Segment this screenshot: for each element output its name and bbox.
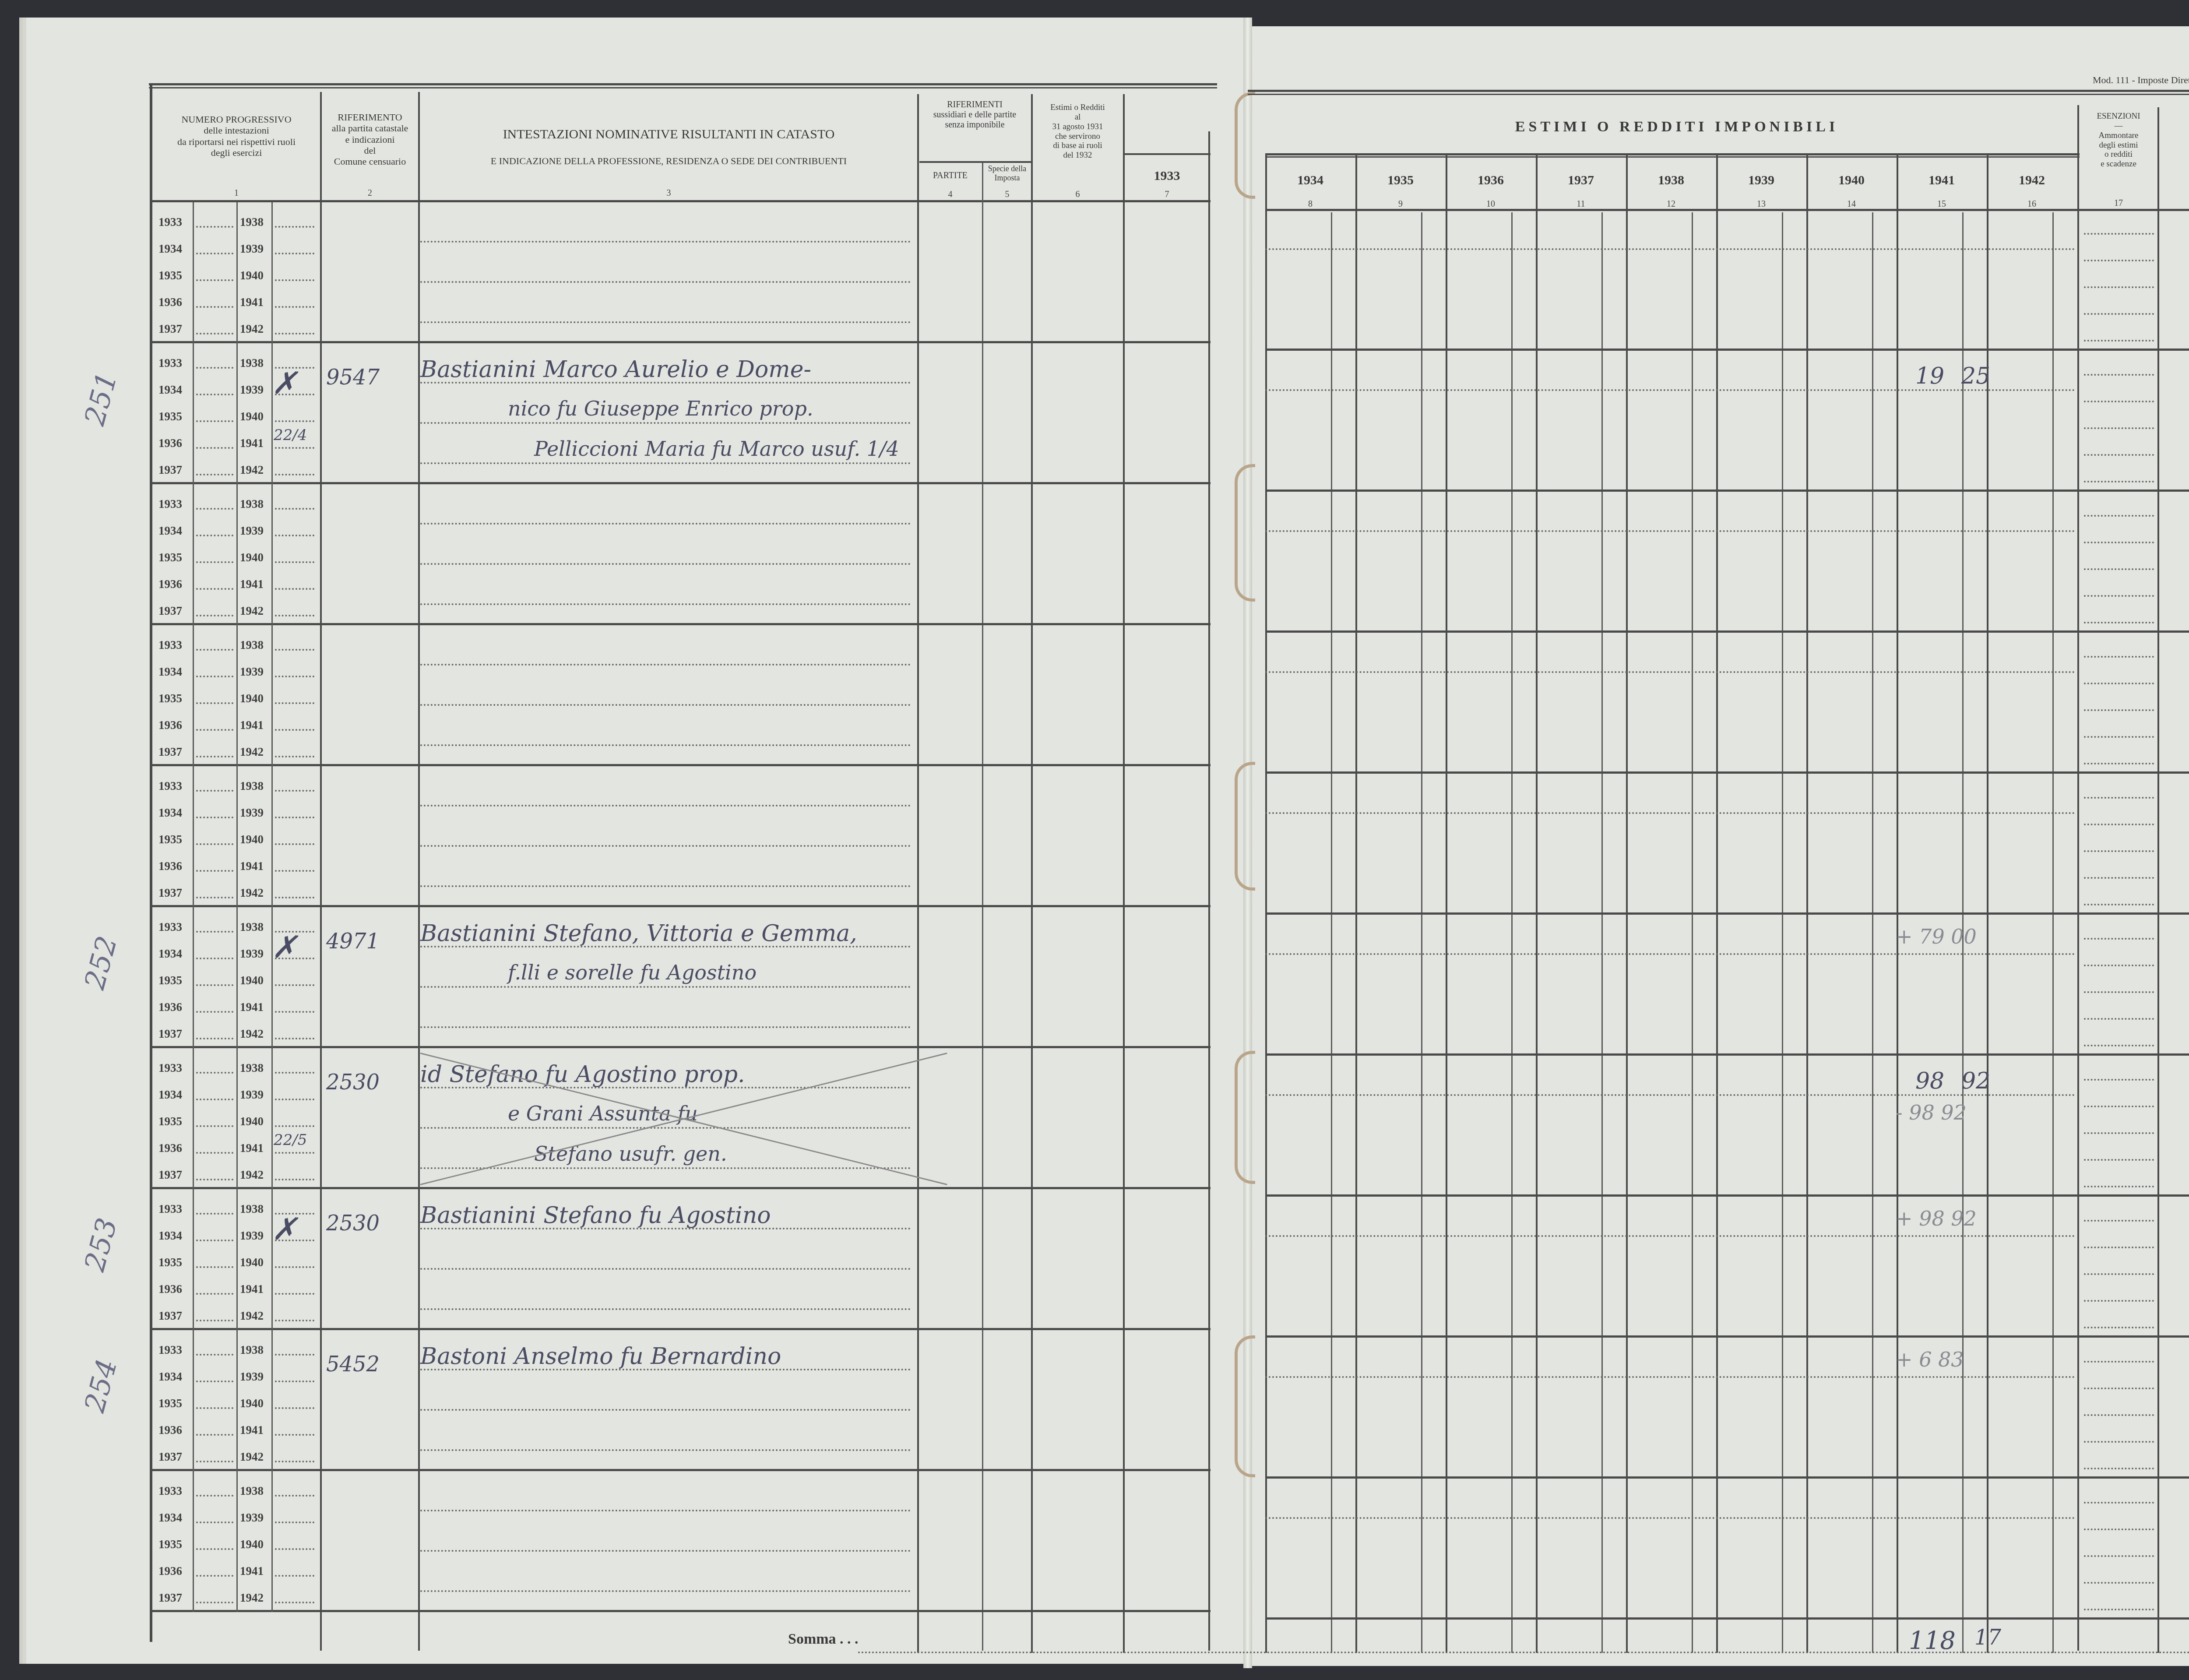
exemption-line (2084, 595, 2154, 597)
name-line[interactable] (420, 321, 911, 323)
blank-line (275, 649, 314, 651)
year-label: 1942 (240, 1027, 264, 1041)
exemption-line (2084, 1529, 2154, 1530)
blank-line (196, 306, 233, 308)
col-sep (917, 94, 919, 1653)
blank-line (275, 1461, 314, 1462)
year-label: 1942 (240, 322, 264, 336)
binding-stitch (1235, 1051, 1255, 1184)
partita-number: 9547 (326, 365, 380, 390)
exemption-line (2084, 1079, 2154, 1081)
blank-line (196, 1548, 233, 1550)
exemption-line (2084, 1388, 2154, 1389)
header-divider (1265, 153, 2080, 158)
year-label: 1933 (158, 497, 182, 511)
year-header-1934: 1934 (1265, 173, 1355, 188)
col-sep (236, 202, 238, 343)
block-divider (1265, 1476, 2189, 1479)
blank-line (196, 1213, 233, 1215)
exemption-line (2084, 1132, 2154, 1134)
col-sep (193, 907, 194, 1048)
exemption-line (2084, 374, 2154, 376)
exemption-line (2084, 965, 2154, 966)
year-label: 1938 (240, 1202, 264, 1216)
block-divider (1265, 630, 2189, 633)
year-label: 1937 (158, 1309, 182, 1323)
year-label: 1936 (158, 1000, 182, 1014)
name-line[interactable] (420, 986, 911, 988)
exemption-line (2084, 1327, 2154, 1328)
owner-name-line: Pelliccioni Maria fu Marco usuf. 1/4 (534, 437, 899, 461)
year-label: 1940 (240, 1397, 264, 1410)
year-label: 1934 (158, 1511, 182, 1525)
block-divider (1265, 912, 2189, 915)
col-number: 18 (2161, 199, 2189, 209)
header-col45: RIFERIMENTI sussidiari e delle partite s… (919, 100, 1031, 130)
year-label: 1937 (158, 322, 182, 336)
year-label: 1935 (158, 974, 182, 987)
year-label: 1933 (158, 1484, 182, 1498)
year-label: 1938 (240, 920, 264, 934)
year-label: 1942 (240, 463, 264, 477)
col-sep (236, 1048, 238, 1189)
year-label: 1939 (240, 947, 264, 961)
blank-line (275, 1125, 314, 1127)
col-sep (1626, 155, 1628, 1653)
blank-line (196, 333, 233, 335)
owner-name-line: nico fu Giuseppe Enrico prop. (508, 397, 813, 420)
blank-line (275, 1354, 314, 1356)
name-line[interactable] (420, 1590, 911, 1592)
exemption-line (2084, 656, 2154, 658)
year-label: 1937 (158, 1168, 182, 1182)
exemption-line (2084, 542, 2154, 543)
col-sep (193, 1048, 194, 1189)
year-label: 1938 (240, 638, 264, 652)
block-divider (151, 764, 1211, 766)
blank-line (275, 756, 314, 757)
col-number: 14 (1806, 199, 1897, 209)
name-line[interactable] (420, 885, 911, 887)
blank-line (275, 1038, 314, 1039)
blank-line (275, 1522, 314, 1523)
amount-line (1265, 530, 2075, 532)
block-divider (151, 623, 1211, 625)
col-sep (1536, 155, 1538, 1653)
year-label: 1936 (158, 1564, 182, 1578)
blank-line (275, 1179, 314, 1180)
blank-line (196, 561, 233, 563)
header-col7-1933: 1933 (1124, 169, 1210, 184)
exemption-line (2084, 1186, 2154, 1187)
year-label: 1938 (240, 215, 264, 229)
blank-line (275, 474, 314, 475)
year-label: 1937 (158, 886, 182, 900)
col-sep (2157, 107, 2159, 1653)
col-sep (236, 1330, 238, 1471)
name-line[interactable] (420, 523, 911, 525)
owner-name-line: Bastianini Marco Aurelio e Dome- (420, 356, 811, 383)
blank-line (275, 1381, 314, 1382)
exemption-line (2084, 1220, 2154, 1222)
year-label: 1941 (240, 718, 264, 732)
year-label: 1935 (158, 410, 182, 423)
amount-line (1265, 953, 2075, 955)
decimal-sep (1601, 212, 1603, 1653)
exemption-line (2084, 1582, 2154, 1584)
exemption-line (2084, 1300, 2154, 1302)
reference-note: 22/5 (274, 1131, 307, 1149)
year-label: 1941 (240, 1000, 264, 1014)
left-border (150, 83, 152, 1642)
block-divider (151, 905, 1211, 907)
name-line[interactable] (420, 1167, 911, 1169)
owner-name-line: f.lli e sorelle fu Agostino (508, 961, 757, 984)
header-col2: RIFERIMENTO alla partita catastale e ind… (322, 112, 418, 167)
blank-line (275, 1407, 314, 1409)
exemption-line (2084, 1159, 2154, 1161)
exemption-line (2084, 1361, 2154, 1363)
year-header-1939: 1939 (1716, 173, 1806, 188)
header-col1: NUMERO PROGRESSIVO delle intestazioni da… (153, 114, 320, 158)
col-sep (1716, 155, 1718, 1653)
name-line[interactable] (420, 603, 911, 605)
blank-line (275, 1548, 314, 1550)
blank-line (196, 1125, 233, 1127)
exemption-line (2084, 991, 2154, 993)
block-divider (1265, 771, 2189, 774)
blank-line (196, 615, 233, 616)
blank-line (275, 817, 314, 818)
name-line[interactable] (420, 744, 911, 746)
decimal-sep (1511, 212, 1513, 1653)
blank-line (275, 1602, 314, 1603)
blank-line (196, 1038, 233, 1039)
blank-line (196, 1011, 233, 1013)
blank-line (196, 226, 233, 228)
col-sep (236, 1471, 238, 1612)
name-line[interactable] (420, 704, 911, 706)
blank-line (275, 333, 314, 335)
blank-line (196, 676, 233, 677)
blank-line (196, 588, 233, 590)
amount-1941-decimals: 25 (1961, 363, 1990, 389)
year-label: 1937 (158, 1591, 182, 1605)
partita-number: 2530 (326, 1070, 380, 1095)
amount-line (1265, 1376, 2075, 1378)
decimal-sep (2052, 212, 2054, 1653)
exemption-line (2084, 1414, 2154, 1416)
amount-line (1265, 1094, 2075, 1096)
exemption-line (2084, 824, 2154, 825)
blank-line (275, 897, 314, 898)
col-sep (271, 484, 273, 625)
year-label: 1940 (240, 833, 264, 846)
block-divider (151, 1328, 1211, 1330)
blank-line (196, 1434, 233, 1436)
exemption-line (2084, 1273, 2154, 1275)
amount-line (1265, 1235, 2075, 1237)
col-sep (1031, 94, 1033, 1653)
name-line[interactable] (420, 664, 911, 666)
col-sep (193, 343, 194, 484)
blank-line (275, 1266, 314, 1268)
exemption-line (2084, 515, 2154, 517)
owner-name-line: Bastoni Anselmo fu Bernardino (420, 1343, 781, 1370)
blank-line (196, 756, 233, 757)
name-line[interactable] (420, 462, 911, 464)
form-model-label: Mod. 111 - Imposte Dirette (Intercalare)… (2093, 74, 2189, 86)
exemption-line (2084, 763, 2154, 764)
year-label: 1936 (158, 1141, 182, 1155)
name-line[interactable] (420, 1268, 911, 1270)
year-label: 1933 (158, 356, 182, 370)
col-sep (193, 625, 194, 766)
amount-1941: 98 (1915, 1068, 1944, 1094)
exemption-line (2084, 427, 2154, 429)
blank-line (275, 702, 314, 704)
col-number: 13 (1716, 199, 1806, 209)
col-number: 1 (153, 188, 320, 198)
year-label: 1938 (240, 1343, 264, 1357)
name-line[interactable] (420, 241, 911, 243)
year-label: 1940 (240, 551, 264, 564)
blank-line (275, 508, 314, 510)
col-sep (236, 625, 238, 766)
col-number: 6 (1032, 190, 1123, 200)
partita-number: 2530 (326, 1211, 380, 1236)
blank-line (275, 1011, 314, 1013)
blank-line (275, 306, 314, 308)
sum-value: 118 (1909, 1627, 1956, 1655)
blank-line (196, 1495, 233, 1497)
header-col3-subtitle: E INDICAZIONE DELLA PROFESSIONE, RESIDEN… (420, 155, 917, 166)
year-label: 1938 (240, 779, 264, 793)
binding-stitch (1235, 1335, 1255, 1477)
blank-line (275, 729, 314, 731)
exemption-line (2084, 1468, 2154, 1469)
blank-line (275, 1320, 314, 1321)
year-label: 1934 (158, 242, 182, 256)
blank-line (275, 535, 314, 536)
decimal-sep (1692, 212, 1693, 1653)
col-sep (1897, 155, 1898, 1653)
year-label: 1940 (240, 410, 264, 423)
year-label: 1939 (240, 1370, 264, 1384)
year-label: 1940 (240, 692, 264, 705)
exemption-line (2084, 260, 2154, 261)
year-label: 1935 (158, 1397, 182, 1410)
blank-line (275, 1152, 314, 1154)
name-line[interactable] (420, 563, 911, 565)
name-line[interactable] (420, 1308, 911, 1310)
blank-line (196, 474, 233, 475)
decimal-sep (1872, 212, 1873, 1653)
year-label: 1935 (158, 1256, 182, 1269)
year-label: 1934 (158, 524, 182, 538)
year-label: 1934 (158, 383, 182, 397)
blank-line (196, 1099, 233, 1100)
col-sep (236, 1189, 238, 1330)
blank-line (196, 447, 233, 449)
exemption-line (2084, 1555, 2154, 1557)
year-label: 1942 (240, 886, 264, 900)
col-number: 9 (1355, 199, 1446, 209)
col-number: 8 (1265, 199, 1355, 209)
blank-line (275, 676, 314, 677)
blank-line (275, 226, 314, 228)
blank-line (275, 561, 314, 563)
year-label: 1940 (240, 269, 264, 282)
year-label: 1933 (158, 638, 182, 652)
amount-line (1265, 1517, 2075, 1519)
name-line[interactable] (420, 1510, 911, 1511)
year-label: 1936 (158, 578, 182, 591)
col-sep (193, 202, 194, 343)
name-line[interactable] (420, 1550, 911, 1552)
exemption-line (2084, 1609, 2154, 1610)
blank-line (196, 367, 233, 369)
col-sep (193, 484, 194, 625)
blank-line (275, 447, 314, 449)
col-number: 15 (1897, 199, 1987, 209)
header-col6: Estimi o Redditi al 31 agosto 1931 che s… (1032, 103, 1123, 160)
col-number: 12 (1626, 199, 1716, 209)
exemption-line (2084, 233, 2154, 235)
block-divider (1265, 490, 2189, 492)
blank-line (275, 843, 314, 845)
blank-line (196, 1072, 233, 1074)
blank-line (275, 870, 314, 872)
exemption-line (2084, 313, 2154, 315)
name-line[interactable] (420, 422, 911, 424)
col-number: 5 (983, 190, 1031, 200)
year-label: 1939 (240, 1229, 264, 1243)
decimal-sep (1782, 212, 1783, 1653)
blank-line (275, 253, 314, 254)
col-sep (1806, 155, 1808, 1653)
year-label: 1939 (240, 1088, 264, 1102)
blank-line (196, 253, 233, 254)
year-label: 1940 (240, 1538, 264, 1551)
name-line[interactable] (420, 845, 911, 847)
name-line[interactable] (420, 805, 911, 807)
year-label: 1941 (240, 1282, 264, 1296)
year-label: 1937 (158, 463, 182, 477)
blank-line (196, 958, 233, 959)
name-line[interactable] (420, 1449, 911, 1451)
year-label: 1939 (240, 383, 264, 397)
exemption-line (2084, 1441, 2154, 1443)
exemption-line (2084, 454, 2154, 456)
col-number: 16 (1987, 199, 2077, 209)
col-sep (271, 202, 273, 343)
year-label: 1935 (158, 551, 182, 564)
exemption-line (2084, 683, 2154, 684)
name-line[interactable] (420, 1026, 911, 1028)
block-divider (151, 1469, 1211, 1471)
col-sep (193, 1471, 194, 1612)
amount-1941-decimals: 92 (1961, 1068, 1990, 1094)
year-header-1936: 1936 (1446, 173, 1536, 188)
blank-line (275, 1495, 314, 1497)
year-label: 1940 (240, 1256, 264, 1269)
col-sep (1265, 155, 1267, 1653)
amount-line (1265, 389, 2075, 391)
year-label: 1936 (158, 437, 182, 450)
year-label: 1937 (158, 745, 182, 759)
sum-value-decimals: 17 (1974, 1625, 2001, 1650)
year-label: 1933 (158, 1343, 182, 1357)
name-line[interactable] (420, 1409, 911, 1411)
year-label: 1939 (240, 806, 264, 820)
year-label: 1941 (240, 296, 264, 309)
col-sep (271, 766, 273, 907)
blank-line (196, 1266, 233, 1268)
block-divider (151, 1610, 1211, 1612)
exemption-line (2084, 938, 2154, 940)
blank-line (196, 508, 233, 510)
col-sep (193, 1189, 194, 1330)
blank-line (196, 702, 233, 704)
blank-line (275, 420, 314, 422)
year-label: 1938 (240, 1484, 264, 1498)
exemption-line (2084, 1502, 2154, 1504)
header-col5: Specie della Imposta (983, 164, 1031, 182)
year-label: 1941 (240, 1141, 264, 1155)
exemption-line (2084, 401, 2154, 402)
col-sep (1123, 94, 1125, 1653)
blank-line (196, 1575, 233, 1577)
blank-line (196, 394, 233, 395)
blank-line (196, 535, 233, 536)
amount-1941: 19 (1915, 363, 1944, 389)
year-label: 1942 (240, 745, 264, 759)
top-border-right (1248, 90, 2189, 95)
block-divider (151, 341, 1211, 343)
blank-line (196, 790, 233, 792)
amount-line (1265, 671, 2075, 673)
col-sep (1446, 155, 1447, 1653)
year-label: 1937 (158, 1450, 182, 1464)
exemption-line (2084, 1106, 2154, 1107)
exemption-line (2084, 1247, 2154, 1248)
year-label: 1934 (158, 1229, 182, 1243)
exemption-line (2084, 797, 2154, 799)
header-col17: ESENZIONI — Ammontare degli estimi o red… (2080, 112, 2157, 169)
year-label: 1935 (158, 1538, 182, 1551)
blank-line (196, 1461, 233, 1462)
blank-line (275, 1099, 314, 1100)
name-line[interactable] (420, 1127, 911, 1129)
year-label: 1941 (240, 437, 264, 450)
col-sep (236, 343, 238, 484)
year-label: 1934 (158, 947, 182, 961)
col-sep (271, 1471, 273, 1612)
owner-name-line: Bastianini Stefano, Vittoria e Gemma, (420, 920, 857, 947)
exemption-line (2084, 568, 2154, 570)
col-number: 10 (1446, 199, 1536, 209)
col-number: 11 (1536, 199, 1626, 209)
blank-line (196, 1522, 233, 1523)
year-label: 1941 (240, 859, 264, 873)
blank-line (196, 843, 233, 845)
year-label: 1942 (240, 604, 264, 618)
exemption-line (2084, 622, 2154, 623)
year-label: 1936 (158, 296, 182, 309)
exemption-line (2084, 850, 2154, 852)
name-line[interactable] (420, 281, 911, 283)
